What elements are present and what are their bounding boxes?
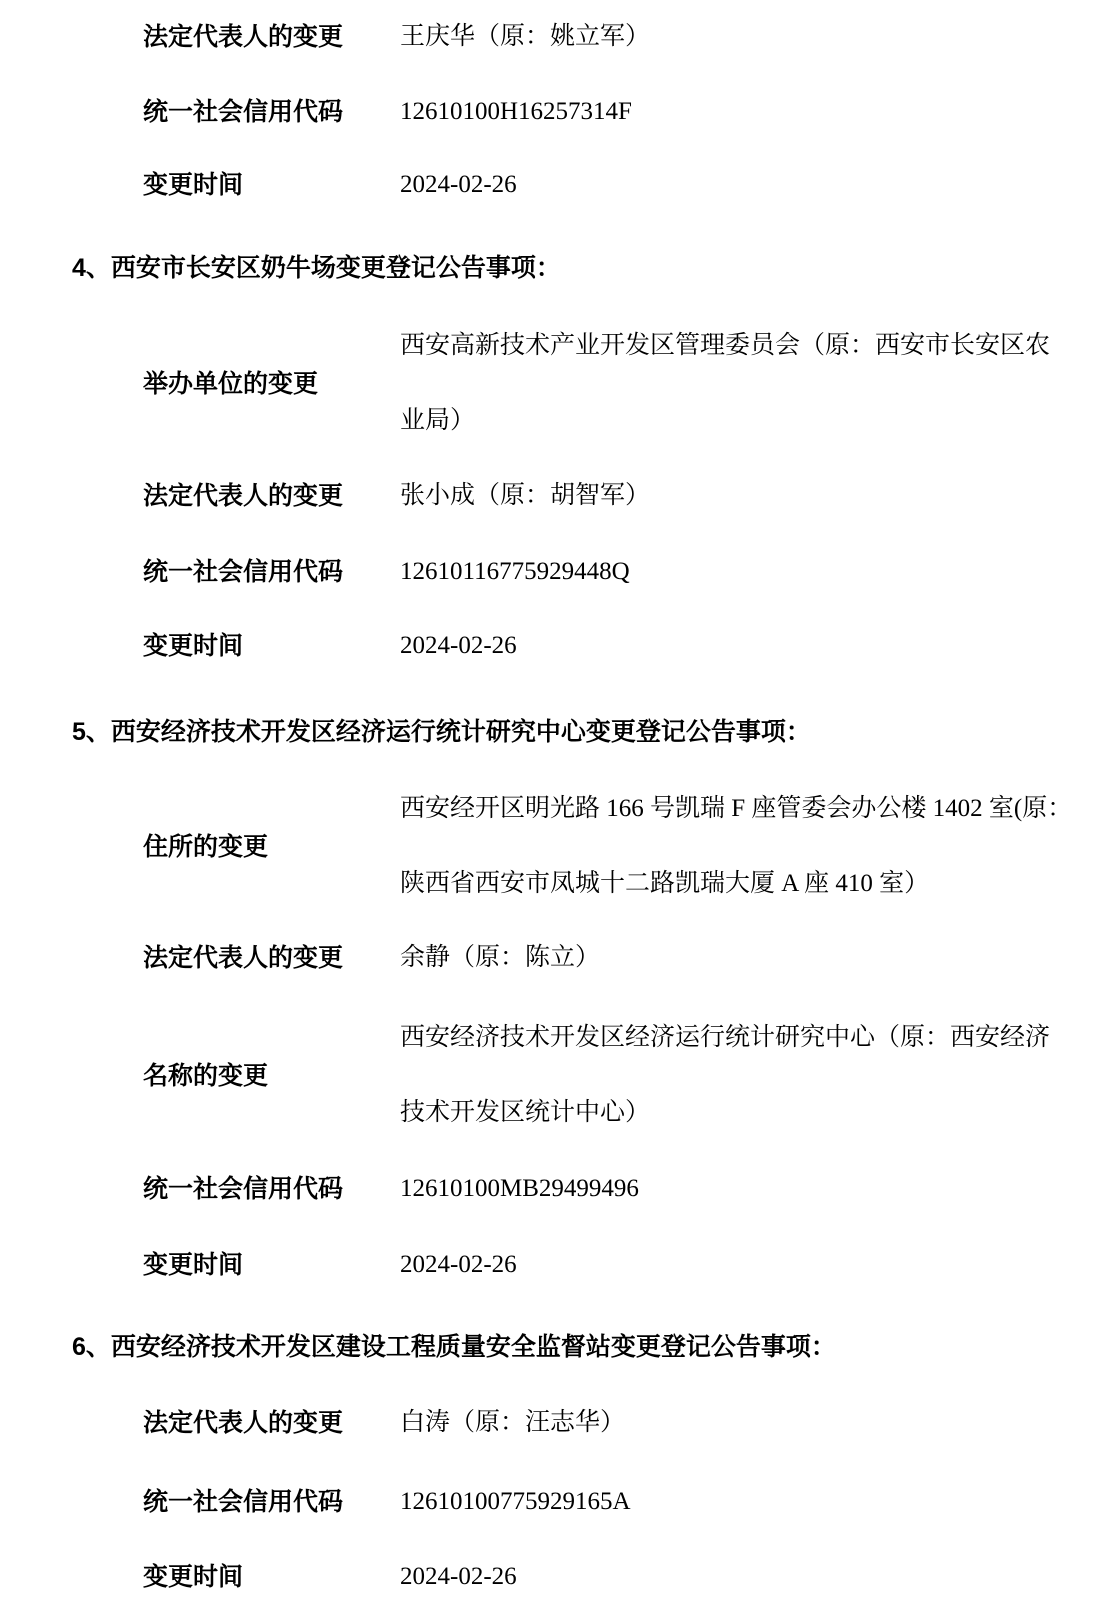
field-label: 统一社会信用代码 — [143, 95, 343, 129]
field-row: 变更时间 2024-02-26 — [0, 168, 1114, 208]
field-row-multiline: 住所的变更 西安经开区明光路 166 号凯瑞 F 座管委会办公楼 1402 室(… — [0, 792, 1114, 907]
field-label: 举办单位的变更 — [143, 367, 318, 401]
field-row: 法定代表人的变更 白涛（原：汪志华） — [0, 1406, 1114, 1446]
announcement-document-page: 法定代表人的变更 王庆华（原：姚立军） 统一社会信用代码 12610100H16… — [0, 0, 1114, 1600]
field-value: 张小成（原：胡智军） — [400, 479, 650, 513]
field-value: 2024-02-26 — [400, 168, 517, 202]
field-value: 12610100MB29499496 — [400, 1172, 639, 1206]
field-row-multiline: 名称的变更 西安经济技术开发区经济运行统计研究中心（原：西安经济 技术开发区统计… — [0, 1021, 1114, 1136]
field-value-line2: 陕西省西安市凤城十二路凯瑞大厦 A 座 410 室） — [400, 867, 929, 901]
field-value-line1: 西安经济技术开发区经济运行统计研究中心（原：西安经济 — [400, 1021, 1050, 1055]
field-label: 变更时间 — [143, 629, 243, 663]
field-label: 法定代表人的变更 — [143, 1406, 343, 1440]
field-value-line2: 业局） — [400, 404, 475, 438]
field-value: 12610116775929448Q — [400, 555, 630, 589]
field-row: 统一社会信用代码 12610100H16257314F — [0, 95, 1114, 135]
field-value: 2024-02-26 — [400, 629, 517, 663]
field-row: 变更时间 2024-02-26 — [0, 1560, 1114, 1600]
field-label: 法定代表人的变更 — [143, 941, 343, 975]
field-row: 变更时间 2024-02-26 — [0, 1248, 1114, 1288]
field-label: 名称的变更 — [143, 1059, 268, 1093]
field-value: 12610100775929165A — [400, 1485, 631, 1519]
section-header-text: 5、西安经济技术开发区经济运行统计研究中心变更登记公告事项： — [72, 715, 811, 749]
field-value-line1: 西安高新技术产业开发区管理委员会（原：西安市长安区农 — [400, 329, 1050, 363]
field-value: 王庆华（原：姚立军） — [400, 20, 650, 54]
field-value: 白涛（原：汪志华） — [400, 1406, 625, 1440]
field-label: 统一社会信用代码 — [143, 1172, 343, 1206]
section-header: 4、西安市长安区奶牛场变更登记公告事项： — [0, 251, 1114, 291]
field-label: 变更时间 — [143, 168, 243, 202]
field-label: 统一社会信用代码 — [143, 555, 343, 589]
field-row: 统一社会信用代码 12610100MB29499496 — [0, 1172, 1114, 1212]
field-value: 12610100H16257314F — [400, 95, 632, 129]
field-label: 法定代表人的变更 — [143, 20, 343, 54]
field-row: 统一社会信用代码 12610100775929165A — [0, 1485, 1114, 1525]
field-value: 2024-02-26 — [400, 1560, 517, 1594]
field-value: 余静（原：陈立） — [400, 941, 600, 975]
section-header-text: 4、西安市长安区奶牛场变更登记公告事项： — [72, 251, 561, 285]
section-header-text: 6、西安经济技术开发区建设工程质量安全监督站变更登记公告事项： — [72, 1330, 836, 1364]
field-label: 统一社会信用代码 — [143, 1485, 343, 1519]
field-row: 法定代表人的变更 余静（原：陈立） — [0, 941, 1114, 981]
field-row: 统一社会信用代码 12610116775929448Q — [0, 555, 1114, 595]
field-row-multiline: 举办单位的变更 西安高新技术产业开发区管理委员会（原：西安市长安区农 业局） — [0, 329, 1114, 444]
field-value-line2: 技术开发区统计中心） — [400, 1096, 650, 1130]
field-label: 法定代表人的变更 — [143, 479, 343, 513]
field-label: 住所的变更 — [143, 830, 268, 864]
field-label: 变更时间 — [143, 1248, 243, 1282]
field-value-line1: 西安经开区明光路 166 号凯瑞 F 座管委会办公楼 1402 室(原： — [400, 792, 1072, 826]
section-header: 6、西安经济技术开发区建设工程质量安全监督站变更登记公告事项： — [0, 1330, 1114, 1370]
field-row: 变更时间 2024-02-26 — [0, 629, 1114, 669]
field-row: 法定代表人的变更 张小成（原：胡智军） — [0, 479, 1114, 519]
field-row: 法定代表人的变更 王庆华（原：姚立军） — [0, 20, 1114, 60]
field-value: 2024-02-26 — [400, 1248, 517, 1282]
field-label: 变更时间 — [143, 1560, 243, 1594]
section-header: 5、西安经济技术开发区经济运行统计研究中心变更登记公告事项： — [0, 715, 1114, 755]
